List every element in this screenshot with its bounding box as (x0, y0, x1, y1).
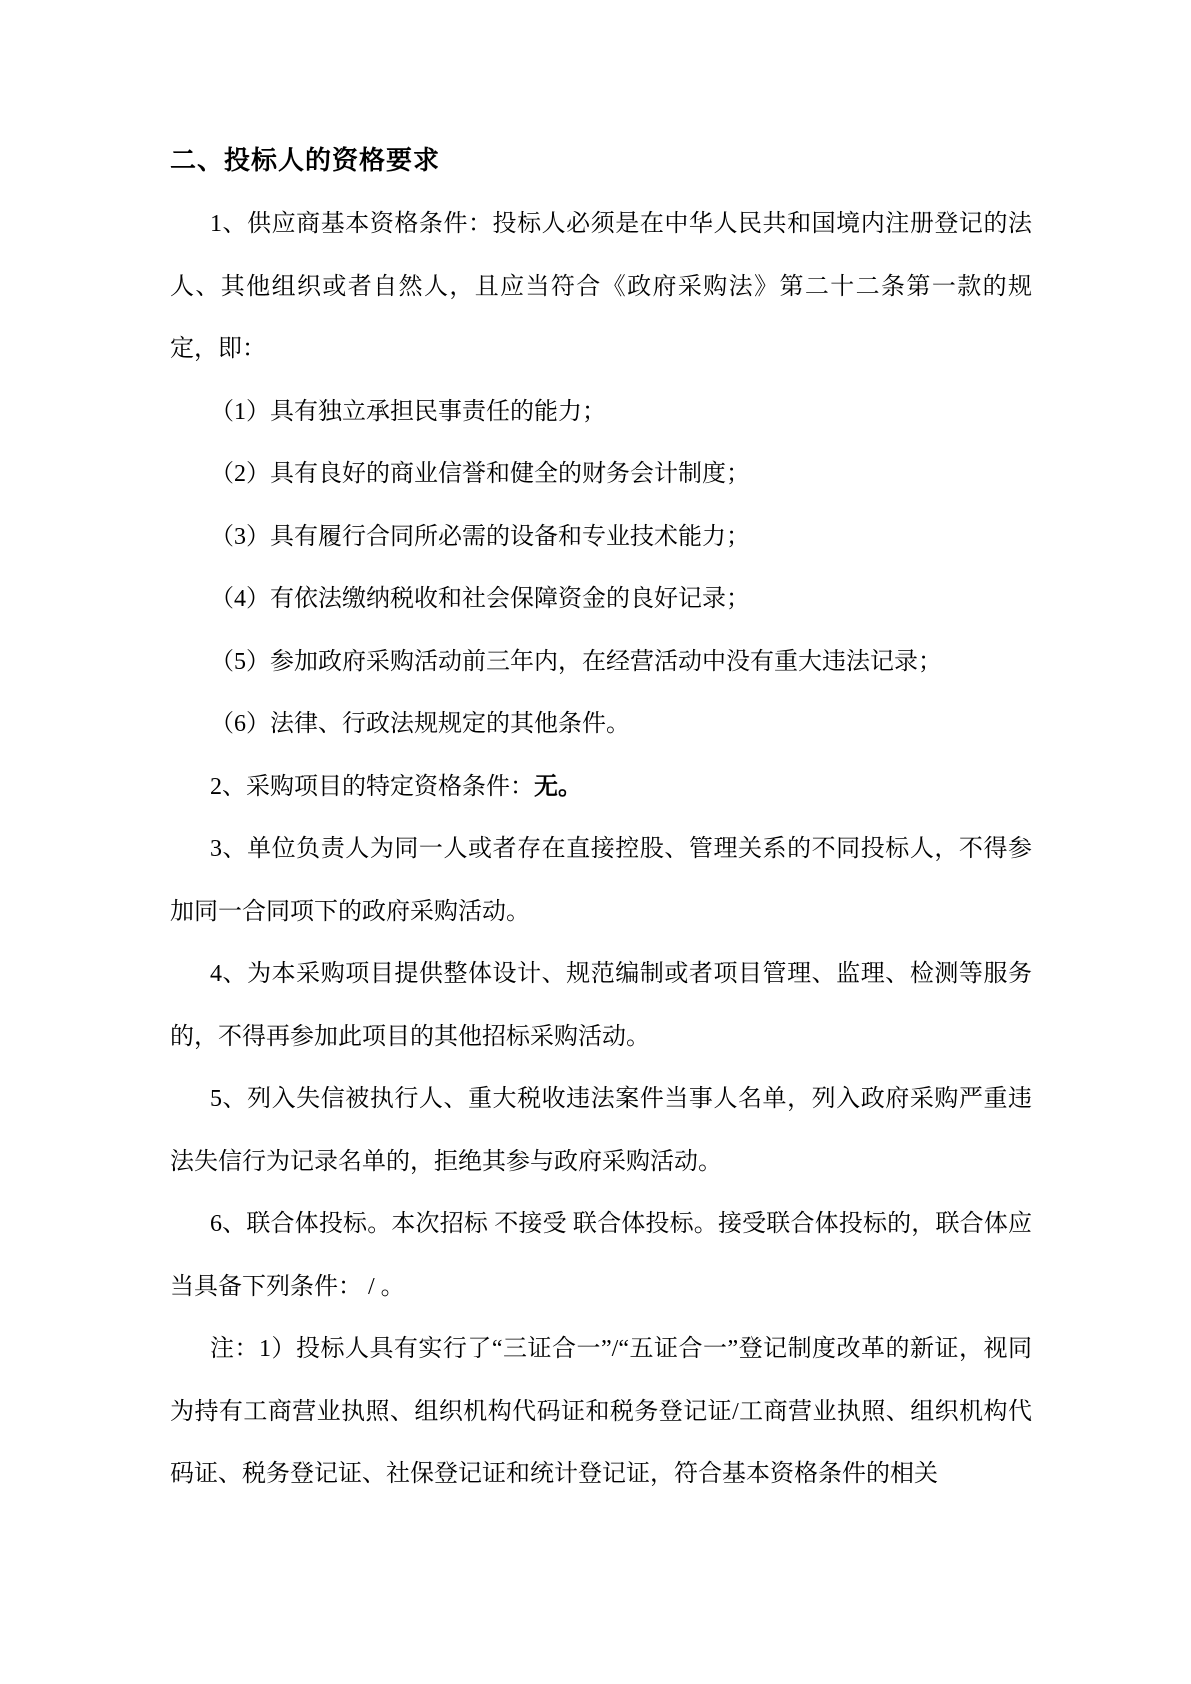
section-heading: 二、投标人的资格要求 (170, 143, 1032, 177)
document-body: 1、供应商基本资格条件：投标人必须是在中华人民共和国境内注册登记的法人、其他组织… (170, 193, 1032, 1506)
para-basic-qualification: 1、供应商基本资格条件：投标人必须是在中华人民共和国境内注册登记的法人、其他组织… (170, 193, 1032, 381)
para-same-responsible-person: 3、单位负责人为同一人或者存在直接控股、管理关系的不同投标人，不得参加同一合同项… (170, 818, 1032, 943)
para-dishonesty-list: 5、列入失信被执行人、重大税收违法案件当事人名单，列入政府采购严重违法失信行为记… (170, 1068, 1032, 1193)
qualification-item-6: （6）法律、行政法规规定的其他条件。 (170, 693, 1032, 756)
qualification-item-3: （3）具有履行合同所必需的设备和专业技术能力； (170, 506, 1032, 569)
document-content: 二、投标人的资格要求 1、供应商基本资格条件：投标人必须是在中华人民共和国境内注… (170, 143, 1032, 1506)
qualification-item-1: （1）具有独立承担民事责任的能力； (170, 381, 1032, 444)
para-design-service-restriction: 4、为本采购项目提供整体设计、规范编制或者项目管理、监理、检测等服务的，不得再参… (170, 943, 1032, 1068)
para-specific-qualification-answer: 无。 (534, 774, 582, 800)
para-specific-qualification: 2、采购项目的特定资格条件：无。 (170, 756, 1032, 819)
para-consortium-bid: 6、联合体投标。本次招标 不接受 联合体投标。接受联合体投标的，联合体应当具备下… (170, 1193, 1032, 1318)
qualification-item-2: （2）具有良好的商业信誉和健全的财务会计制度； (170, 443, 1032, 506)
qualification-item-4: （4）有依法缴纳税收和社会保障资金的良好记录； (170, 568, 1032, 631)
para-note-certificates: 注：1）投标人具有实行了“三证合一”/“五证合一”登记制度改革的新证，视同为持有… (170, 1318, 1032, 1506)
document-page: 二、投标人的资格要求 1、供应商基本资格条件：投标人必须是在中华人民共和国境内注… (0, 0, 1191, 1684)
qualification-item-5: （5）参加政府采购活动前三年内，在经营活动中没有重大违法记录； (170, 631, 1032, 694)
para-specific-qualification-label: 2、采购项目的特定资格条件： (210, 774, 534, 800)
